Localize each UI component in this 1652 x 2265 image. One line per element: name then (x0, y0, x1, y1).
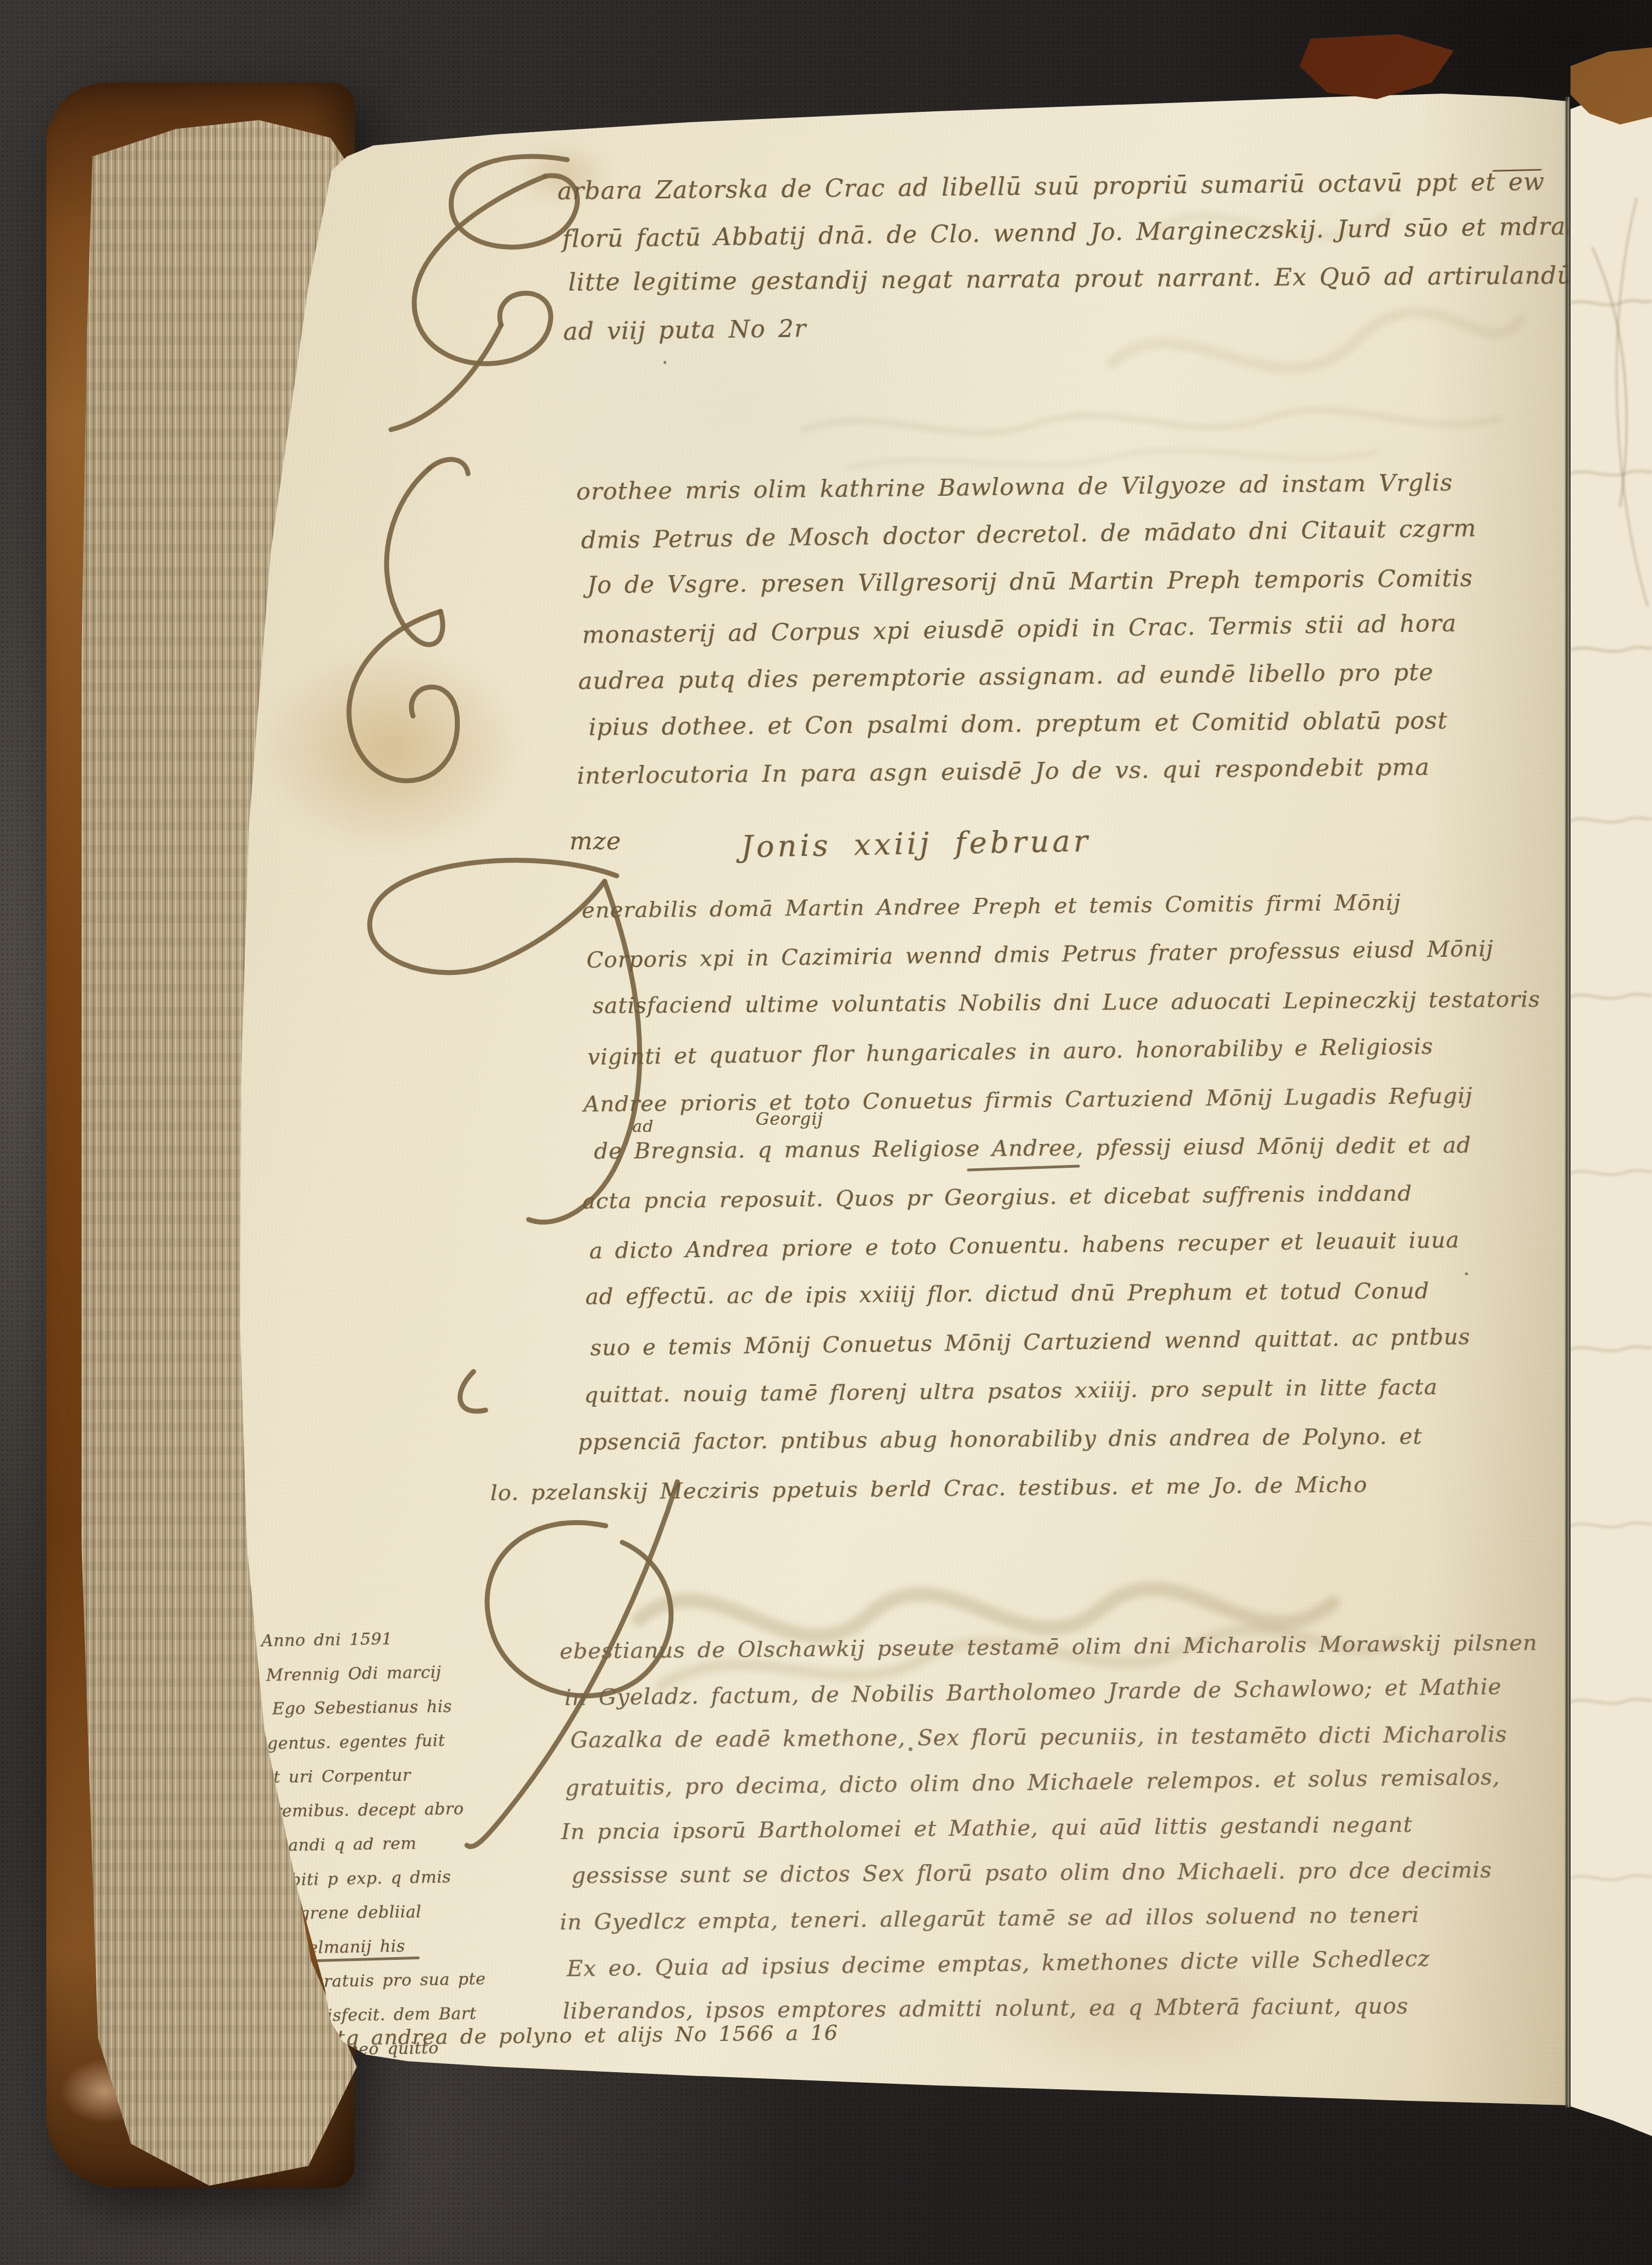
manuscript-line: Ego Sebestianus his (272, 1697, 482, 1733)
manuscript-line: debiti p exp. q dmis (269, 1867, 485, 1905)
manuscript-line: gratuis pro sua pte (313, 1970, 486, 2007)
manuscript-line: ad effectū. ac de ipis xxiiij flor. dict… (585, 1278, 1544, 1333)
paper-speck (1465, 1272, 1468, 1275)
paper-stain (259, 644, 523, 854)
facing-page-showthrough (1571, 165, 1652, 2038)
manuscript-line: de Bregnsia. q manus Religiose Andree, p… (594, 1132, 1542, 1187)
entry-2-text: orothee mris olim kathrine Bawlowna de V… (574, 469, 1479, 810)
manuscript-line: gessisse sunt se dictos Sex florū psato … (572, 1857, 1540, 1909)
manuscript-line: remibus. decept abro (274, 1799, 483, 1836)
initial-flourish-B (308, 143, 595, 452)
entry-4-text: ebestianus de Olschawkij pseute testamē … (557, 1630, 1541, 2045)
manuscript-line: Anno dni 1591 (261, 1628, 481, 1666)
paper-speck (1217, 768, 1220, 771)
manuscript-photo: — arbara Zatorska de Crac ad libellū suū… (0, 0, 1652, 2265)
date-heading: Jonis xxiij februar (741, 823, 1091, 864)
paper-speck (664, 361, 666, 364)
manuscript-line: meandi q ad rem (262, 1833, 484, 1871)
page-gutter-edge (1564, 97, 1569, 2107)
manuscript-line: et uri Corpentur (263, 1765, 483, 1802)
manuscript-line: lo. pzelanskij Mecziris ppetuis berld Cr… (490, 1470, 1545, 1529)
interlinear-insertion: Georgij (756, 1109, 823, 1129)
entry-1-text: arbara Zatorska de Crac ad libellū suū p… (555, 167, 1583, 362)
manuscript-line: ipius dothee. et Con psalmi dom. preptum… (589, 707, 1479, 761)
manuscript-line: Mrennig Odi marcij (266, 1662, 481, 1700)
entry-2-catchword: mze (569, 827, 621, 855)
interlinear-insertion: ad (632, 1117, 654, 1136)
manuscript-line: satisfaciend ultime voluntatis Nobilis d… (593, 987, 1541, 1042)
paper-speck (909, 1747, 912, 1751)
manuscript-line: Gazalka de eadē kmethone, Sex florū pecu… (570, 1722, 1539, 1773)
initial-flourish-D (308, 452, 474, 804)
manuscript-line: interlocutoria In para asgn euisdē Jo de… (577, 753, 1479, 810)
manuscript-line: ppsenciā factor. pntibus abug honorabili… (578, 1423, 1545, 1478)
manuscript-line: gentus. egentes fuit (267, 1730, 482, 1768)
entry-3-text: enerabilis domā Martin Andree Preph et t… (579, 888, 1545, 1528)
